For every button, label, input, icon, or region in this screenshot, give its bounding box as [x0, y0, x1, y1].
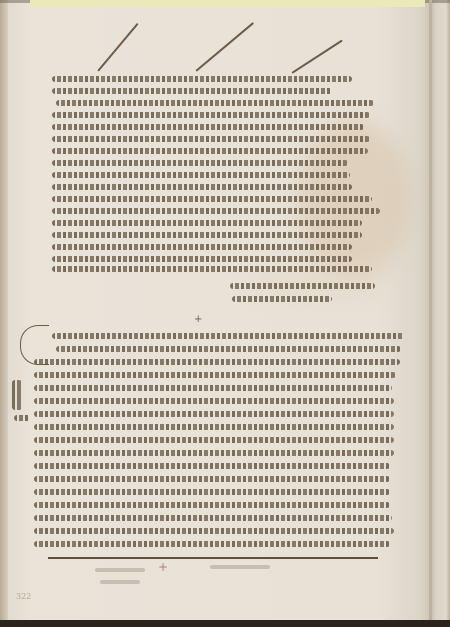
text-line [52, 76, 352, 82]
cross-mark: + [194, 314, 202, 325]
page-bottom-edge [0, 620, 450, 627]
text-line [52, 208, 380, 214]
pen-stroke-2 [195, 22, 254, 72]
text-line [52, 148, 368, 154]
page-left-edge [0, 0, 8, 627]
text-line [52, 266, 372, 272]
text-line [52, 112, 370, 118]
margin-note [14, 415, 30, 421]
pencil-note [100, 580, 140, 584]
top-strip-label: illegible filing strip [30, 0, 31, 1]
text-line [34, 385, 392, 391]
text-line [52, 220, 362, 226]
page-number: 322 [16, 592, 31, 601]
text-line [52, 244, 352, 250]
text-line [56, 346, 401, 352]
page-right-fold [429, 0, 432, 627]
text-line [52, 232, 362, 238]
text-line [34, 515, 392, 521]
text-line [34, 411, 394, 417]
pencil-note [95, 568, 145, 572]
text-line [34, 541, 390, 547]
text-line [34, 476, 390, 482]
text-line [52, 136, 370, 142]
text-line [52, 333, 404, 339]
text-line [52, 184, 352, 190]
pencil-note [210, 565, 270, 569]
text-line [56, 100, 374, 106]
text-line [52, 160, 348, 166]
text-line [52, 256, 352, 262]
text-line [52, 172, 350, 178]
pen-stroke-3 [291, 39, 342, 73]
text-line [34, 372, 396, 378]
text-line [34, 450, 394, 456]
signature-line [230, 283, 375, 289]
text-line [52, 196, 372, 202]
text-line [34, 437, 394, 443]
top-filing-strip: illegible filing strip [30, 0, 425, 7]
text-line [34, 489, 390, 495]
text-line [52, 88, 332, 94]
text-line [34, 424, 394, 430]
text-line [34, 398, 394, 404]
text-line [52, 124, 364, 130]
closing-underline [48, 557, 378, 559]
footer-cross: + [158, 560, 168, 574]
manuscript-page: illegible filing strip Paragraph of curs… [0, 0, 450, 627]
text-line [34, 528, 394, 534]
margin-note [12, 380, 22, 410]
text-line [34, 359, 400, 365]
pen-stroke-1 [97, 23, 138, 72]
text-line [34, 463, 390, 469]
signature-line [232, 296, 332, 302]
text-line [34, 502, 390, 508]
